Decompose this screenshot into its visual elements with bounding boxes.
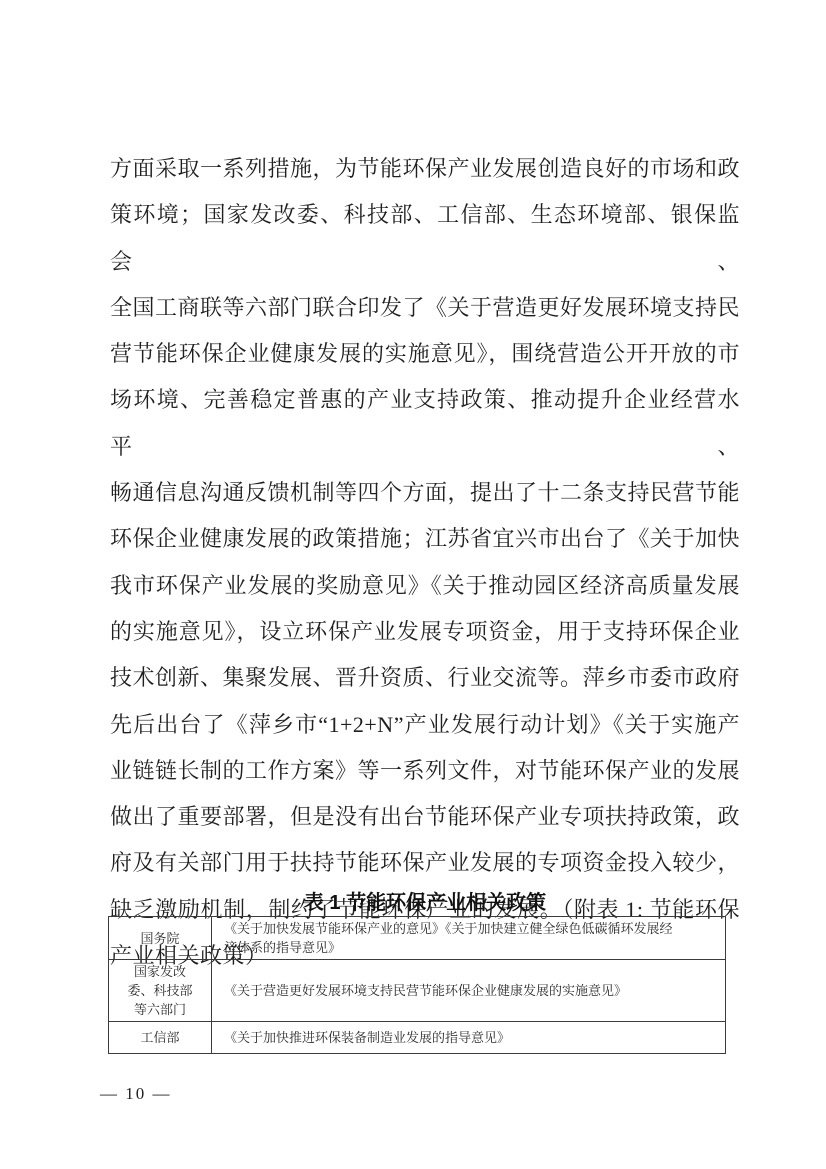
body-text-line: 做出了重要部署，但是没有出台节能环保产业专项扶持政策，政 [110,794,740,840]
body-text-line: 方面采取一系列措施，为节能环保产业发展创造良好的市场和政 [110,146,740,192]
document-page: 方面采取一系列措施，为节能环保产业发展创造良好的市场和政 策环境；国家发改委、科… [0,0,826,1169]
body-text-line: 策环境；国家发改委、科技部、工信部、生态环境部、银保监会、 [110,192,740,285]
body-paragraph: 方面采取一系列措施，为节能环保产业发展创造良好的市场和政 策环境；国家发改委、科… [110,146,740,979]
body-text-line: 我市环保产业发展的奖励意见》《关于推动园区经济高质量发展 [110,563,740,609]
org-cell: 国务院 [109,917,212,960]
body-text-line: 技术创新、集聚发展、晋升资质、行业交流等。萍乡市委市政府 [110,655,740,701]
policy-table: 国务院 《关于加快发展节能环保产业的意见》《关于加快建立健全绿色低碳循环发展经 … [108,916,726,1054]
body-text-line: 营节能环保企业健康发展的实施意见》，围绕营造公开开放的市 [110,331,740,377]
policy-cell: 《关于营造更好发展环境支持民营节能环保企业健康发展的实施意见》 [212,960,726,1022]
table-row: 工信部 《关于加快推进环保装备制造业发展的指导意见》 [109,1022,726,1054]
body-text-line: 的实施意见》，设立环保产业发展专项资金，用于支持环保企业 [110,609,740,655]
body-text-line: 业链链长制的工作方案》等一系列文件，对节能环保产业的发展 [110,748,740,794]
org-cell: 国家发改 委、科技部 等六部门 [109,960,212,1022]
page-number: — 10 — [100,1084,172,1104]
body-text-line: 场环境、完善稳定普惠的产业支持政策、推动提升企业经营水平、 [110,377,740,470]
body-text-line: 府及有关部门用于扶持节能环保产业发展的专项资金投入较少， [110,840,740,886]
policy-cell: 《关于加快推进环保装备制造业发展的指导意见》 [212,1022,726,1054]
body-text-line: 全国工商联等六部门联合印发了《关于营造更好发展环境支持民 [110,285,740,331]
table-row: 国务院 《关于加快发展节能环保产业的意见》《关于加快建立健全绿色低碳循环发展经 … [109,917,726,960]
body-text-line: 畅通信息沟通反馈机制等四个方面，提出了十二条支持民营节能 [110,470,740,516]
table-row: 国家发改 委、科技部 等六部门 《关于营造更好发展环境支持民营节能环保企业健康发… [109,960,726,1022]
policy-cell: 《关于加快发展节能环保产业的意见》《关于加快建立健全绿色低碳循环发展经 济体系的… [212,917,726,960]
org-cell: 工信部 [109,1022,212,1054]
body-text-line: 先后出台了《萍乡市“1+2+N”产业发展行动计划》《关于实施产 [110,702,740,748]
table-caption: 表 1 节能环保产业相关政策 [110,886,740,915]
body-text-line: 环保企业健康发展的政策措施；江苏省宜兴市出台了《关于加快 [110,516,740,562]
